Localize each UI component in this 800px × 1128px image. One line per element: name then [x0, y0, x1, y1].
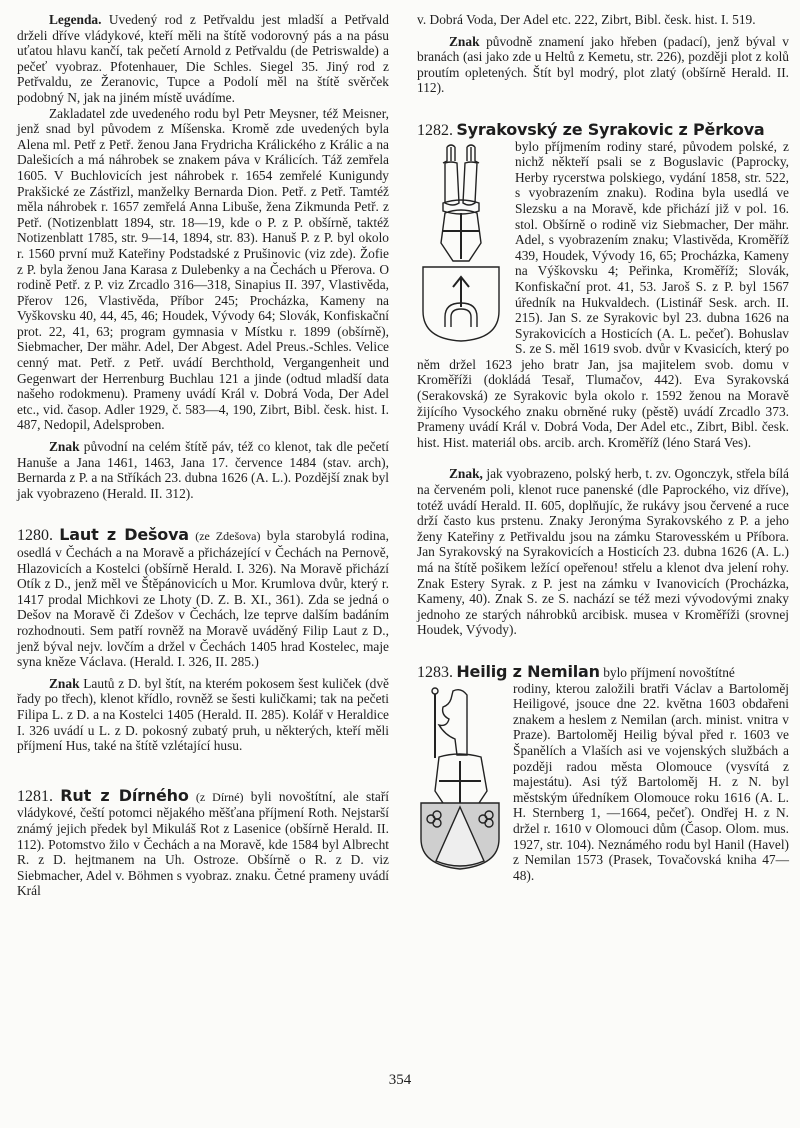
entry-1280: 1280. Laut z Dešova (ze Zdešova) byla st…: [17, 527, 389, 753]
continuation-1281: v. Dobrá Voda, Der Adel etc. 222, Zibrt,…: [417, 12, 789, 28]
legend-label: Legenda.: [49, 12, 101, 27]
znak-paragraph-1281: Znak původně znamení jako hřeben (padací…: [417, 34, 789, 96]
entry-lead: bylo příjmení novoštítné: [600, 665, 735, 680]
coat-of-arms-heilig-icon: [417, 683, 503, 871]
entry-1281: 1281. Rut z Dírného (z Dírné) byli novoš…: [17, 788, 389, 899]
entry-number: 1281.: [17, 788, 53, 805]
znak-label: Znak: [449, 34, 480, 49]
entry-number: 1283.: [417, 664, 453, 681]
znak-label: Znak,: [449, 466, 483, 481]
znak-label: Znak: [49, 439, 80, 454]
entry-number: 1282.: [417, 122, 453, 139]
znak-label: Znak: [49, 676, 80, 691]
page-number: 354: [0, 1072, 800, 1089]
entry-text: byli novoštítní, ale staří vládykové, če…: [17, 789, 389, 899]
legend-paragraph: Legenda. Uvedený rod z Petřvaldu jest ml…: [17, 12, 389, 106]
entry-number: 1280.: [17, 527, 53, 544]
book-page: Legenda. Uvedený rod z Petřvaldu jest ml…: [0, 0, 800, 1128]
entry-text: byla starobylá rodina, osedlá v Čechách …: [17, 528, 389, 669]
znak-paragraph: Znak, jak vyobrazeno, polský herb, t. zv…: [417, 466, 789, 638]
entry-title: Heilig z Nemilan: [456, 662, 599, 681]
right-column: v. Dobrá Voda, Der Adel etc. 222, Zibrt,…: [417, 12, 789, 883]
coat-of-arms-ogonczyk-icon: [417, 141, 505, 343]
entry-title: Laut z Dešova: [59, 525, 189, 544]
entry-alt-name: (ze Zdešova): [195, 529, 260, 543]
znak-text: jak vyobrazeno, polský herb, t. zv. Ogon…: [417, 466, 789, 637]
entry-1282: 1282. Syrakovský ze Syrakovic z Pěrkova …: [417, 122, 789, 638]
znak-paragraph: Znak Lautů z D. byl štít, na kterém poko…: [17, 676, 389, 754]
founder-paragraph: Zakladatel zde uvedeného rodu byl Petr M…: [17, 106, 389, 433]
entry-alt-name: (z Dírné): [196, 790, 244, 804]
entry-title: Rut z Dírného: [60, 786, 188, 805]
entry-title: Syrakovský ze Syrakovic z Pěrkova: [456, 120, 764, 139]
entry-1283: 1283. Heilig z Nemilan bylo příjmení nov…: [417, 664, 789, 883]
left-column: Legenda. Uvedený rod z Petřvaldu jest ml…: [17, 12, 389, 899]
znak-paragraph: Znak původní na celém štítě páv, též co …: [17, 439, 389, 501]
